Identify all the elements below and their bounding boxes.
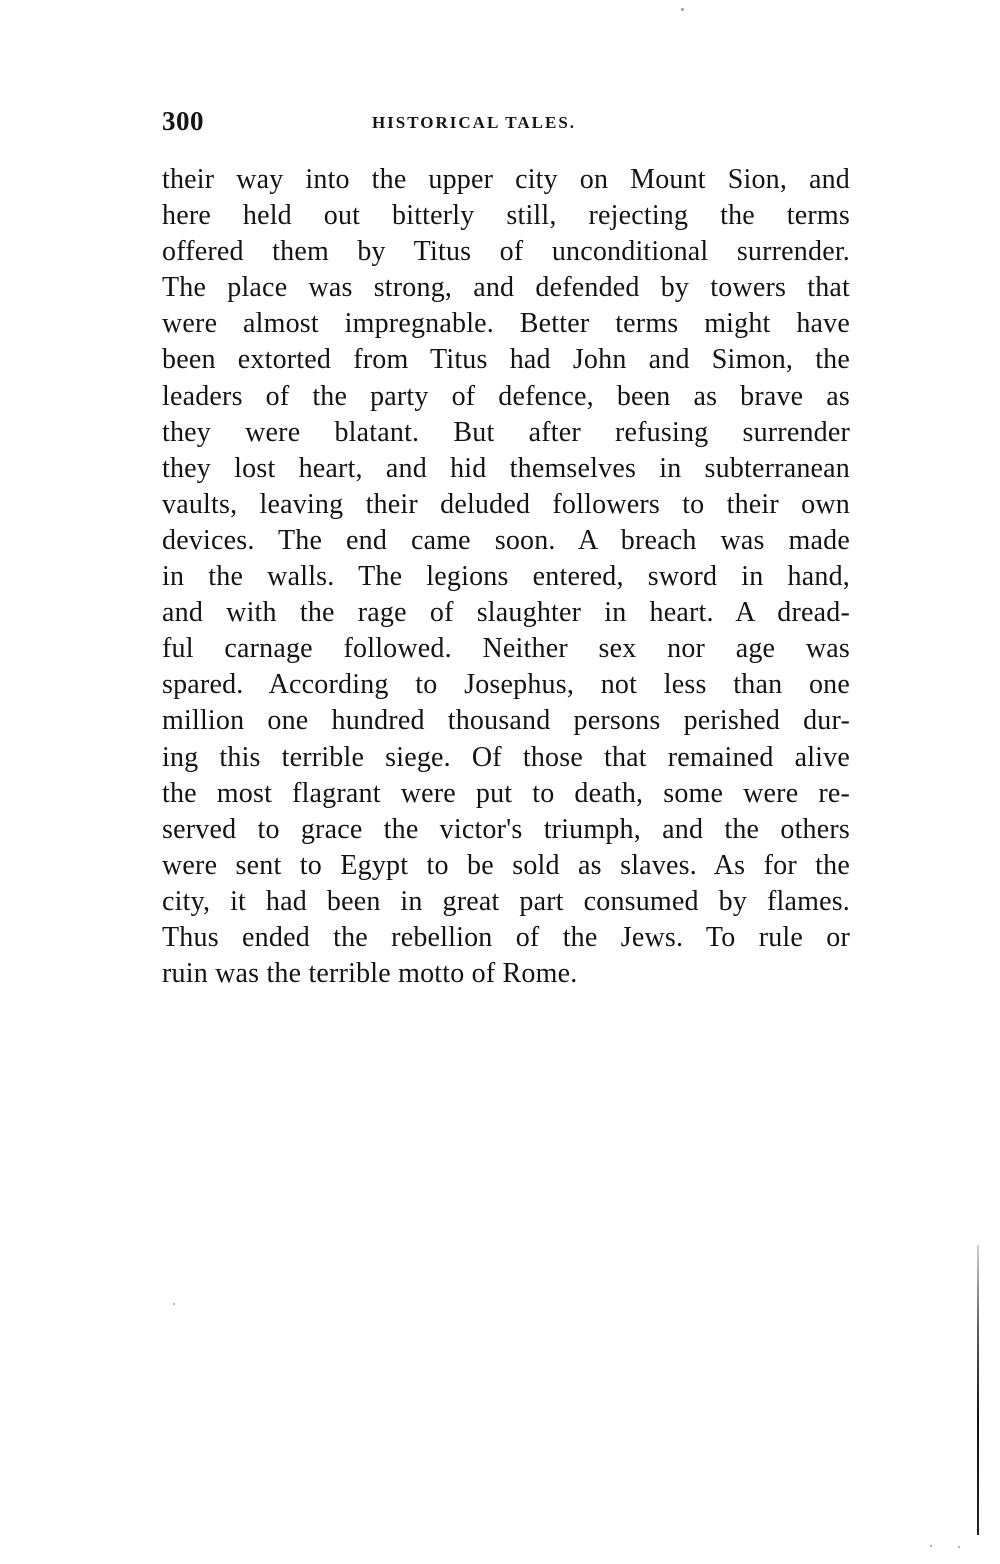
text-line: ing this terrible siege. Of those that r… [162,740,850,776]
text-line: city, it had been in great part consumed… [162,884,850,920]
page-edge-line [977,1245,979,1535]
page-number: 300 [162,104,204,138]
text-line: and with the rage of slaughter in heart.… [162,595,850,631]
text-line: offered them by Titus of unconditional s… [162,234,850,270]
scan-speck [681,8,684,11]
text-line: The place was strong, and defended by to… [162,270,850,306]
text-line: million one hundred thousand persons per… [162,703,850,739]
text-line-last: ruin was the terrible motto of Rome. [162,956,850,992]
scan-speck [930,1545,932,1547]
text-line: vaults, leaving their deluded followers … [162,487,850,523]
text-line: devices. The end came soon. A breach was… [162,523,850,559]
text-line: in the walls. The legions entered, sword… [162,559,850,595]
text-line: spared. According to Josephus, not less … [162,667,850,703]
running-title: HISTORICAL TALES. [244,109,704,137]
body-paragraph: their way into the upper city on Mount S… [162,162,850,992]
text-line: they were blatant. But after refusing su… [162,415,850,451]
scan-speck [958,1546,960,1548]
text-line: were almost impregnable. Better terms mi… [162,306,850,342]
book-page: 300 HISTORICAL TALES. their way into the… [0,0,1000,1564]
scan-speck [173,1303,175,1305]
running-head: 300 HISTORICAL TALES. [162,104,852,138]
text-line: Thus ended the rebellion of the Jews. To… [162,920,850,956]
text-line: been extorted from Titus had John and Si… [162,342,850,378]
text-line: they lost heart, and hid themselves in s… [162,451,850,487]
text-line: ful carnage followed. Neither sex nor ag… [162,631,850,667]
text-line: were sent to Egypt to be sold as slaves.… [162,848,850,884]
text-line: leaders of the party of defence, been as… [162,379,850,415]
text-line: served to grace the victor's triumph, an… [162,812,850,848]
text-line: their way into the upper city on Mount S… [162,162,850,198]
text-line: here held out bitterly still, rejecting … [162,198,850,234]
text-line: the most flagrant were put to death, som… [162,776,850,812]
